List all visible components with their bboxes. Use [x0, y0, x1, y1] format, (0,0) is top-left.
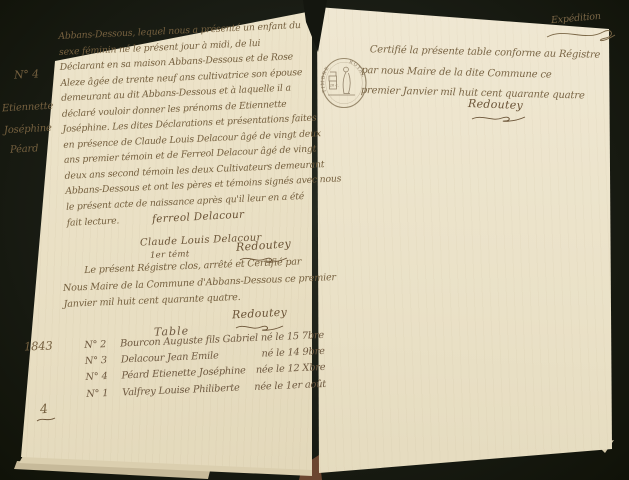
scanned-register-photo: N° 4 Etiennette Joséphine Péard Abbans-D…: [0, 0, 629, 480]
underline-flourish-icon: [36, 415, 56, 423]
births-table: N° 2 Bourcon Auguste fils Gabriel né le …: [84, 330, 327, 405]
margin-act-number: N° 4: [14, 67, 39, 81]
stamp-value: 20 c.: [330, 83, 339, 88]
page-number: 4: [39, 401, 48, 417]
birth-act-text: Abbans-Dessous, lequel nous a présenté u…: [58, 17, 323, 231]
register-closing-text: Le présent Régistre clos, arrêté et Cert…: [62, 254, 316, 314]
table-cell-date: né le 14 9bre: [261, 346, 325, 360]
paraphe-flourish-icon: [470, 112, 528, 124]
corner-paraphe-flourish-icon: [543, 24, 619, 46]
signature-mayor: Redoutey: [468, 97, 524, 112]
table-cell-number: N° 1: [86, 387, 122, 399]
table-cell-number: N° 4: [85, 371, 121, 383]
table-cell-date: né le 15 7bre: [261, 330, 325, 344]
margin-child-surname: Péard: [10, 143, 39, 155]
table-year: 1843: [24, 339, 53, 354]
table-cell-date: née le 12 Xbre: [256, 362, 326, 376]
table-cell-number: N° 3: [85, 355, 121, 367]
table-cell-date: née le 1er août: [254, 378, 326, 392]
table-cell-number: N° 2: [84, 338, 120, 350]
margin-child-given-name: Etiennette: [2, 101, 54, 115]
margin-child-given-name: Joséphine: [4, 123, 52, 136]
